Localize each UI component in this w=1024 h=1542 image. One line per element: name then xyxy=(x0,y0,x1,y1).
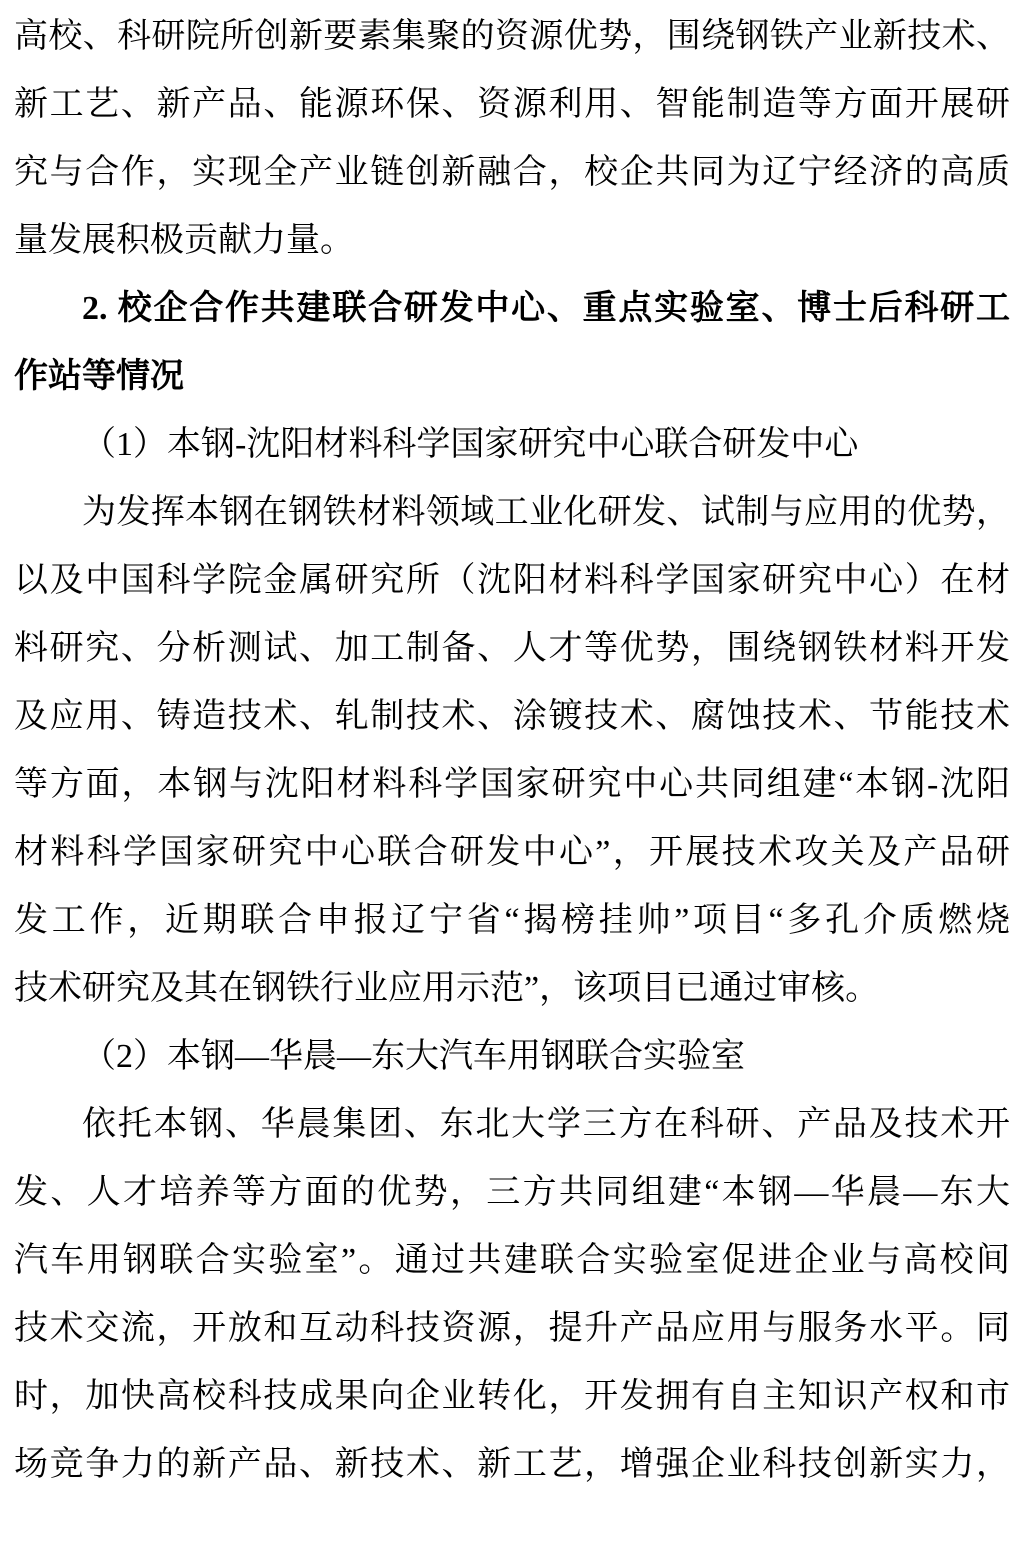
text-line: 2. 校企合作共建联合研发中心、重点实验室、博士后科研工 xyxy=(14,275,1010,343)
text-line: 发、人才培养等方面的优势，三方共同组建“本钢—华晨—东大 xyxy=(14,1159,1010,1227)
text-line: 料研究、分析测试、加工制备、人才等优势，围绕钢铁材料开发 xyxy=(14,615,1010,683)
text-line: 为发挥本钢在钢铁材料领域工业化研发、试制与应用的优势， xyxy=(14,479,1010,547)
text-line: 技术交流，开放和互动科技资源，提升产品应用与服务水平。同 xyxy=(14,1295,1010,1363)
text-line: 高校、科研院所创新要素集聚的资源优势，围绕钢铁产业新技术、 xyxy=(14,3,1010,71)
text-line: （1）本钢-沈阳材料科学国家研究中心联合研发中心 xyxy=(14,411,1010,479)
text-line: 等方面，本钢与沈阳材料科学国家研究中心共同组建“本钢-沈阳 xyxy=(14,751,1010,819)
text-line: 作站等情况 xyxy=(14,343,1010,411)
text-line: 汽车用钢联合实验室”。通过共建联合实验室促进企业与高校间 xyxy=(14,1227,1010,1295)
text-line: 及应用、铸造技术、轧制技术、涂镀技术、腐蚀技术、节能技术 xyxy=(14,683,1010,751)
text-line: （2）本钢—华晨—东大汽车用钢联合实验室 xyxy=(14,1023,1010,1091)
text-line: 时，加快高校科技成果向企业转化，开发拥有自主知识产权和市 xyxy=(14,1363,1010,1431)
text-line: 场竞争力的新产品、新技术、新工艺，增强企业科技创新实力， xyxy=(14,1431,1010,1499)
text-line: 技术研究及其在钢铁行业应用示范”，该项目已通过审核。 xyxy=(14,955,1010,1023)
text-line: 依托本钢、华晨集团、东北大学三方在科研、产品及技术开 xyxy=(14,1091,1010,1159)
text-line: 材料科学国家研究中心联合研发中心”，开展技术攻关及产品研 xyxy=(14,819,1010,887)
text-line: 量发展积极贡献力量。 xyxy=(14,207,1010,275)
text-line: 发工作，近期联合申报辽宁省“揭榜挂帅”项目“多孔介质燃烧 xyxy=(14,887,1010,955)
text-line: 新工艺、新产品、能源环保、资源利用、智能制造等方面开展研 xyxy=(14,71,1010,139)
text-line: 究与合作，实现全产业链创新融合，校企共同为辽宁经济的高质 xyxy=(14,139,1010,207)
text-line: 以及中国科学院金属研究所（沈阳材料科学国家研究中心）在材 xyxy=(14,547,1010,615)
document-page: 高校、科研院所创新要素集聚的资源优势，围绕钢铁产业新技术、新工艺、新产品、能源环… xyxy=(0,0,1024,1542)
document-text-body: 高校、科研院所创新要素集聚的资源优势，围绕钢铁产业新技术、新工艺、新产品、能源环… xyxy=(14,3,1010,1499)
